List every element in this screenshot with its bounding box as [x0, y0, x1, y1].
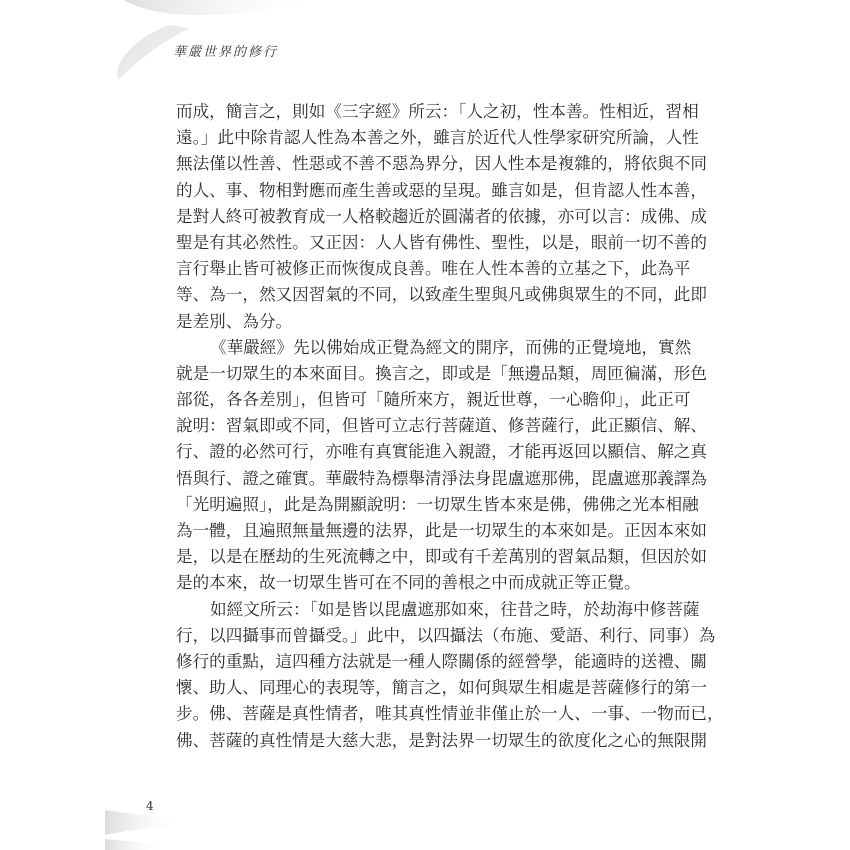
text-line: 部從，各各差別」，但皆可「隨所來方，親近世尊，一心瞻仰」，此正可	[176, 387, 684, 413]
text-line: 的人、事、物相對應而產生善或惡的呈現。雖言如是，但肯認人性本善，	[176, 178, 684, 204]
text-line: 「光明遍照」，此是為開顯說明：一切眾生皆本來是佛，佛佛之光本相融	[176, 492, 684, 518]
text-line: 懷、助人、同理心的表現等，簡言之，如何與眾生相處是菩薩修行的第一	[176, 675, 684, 701]
paragraph: 如經文所云：「如是皆以毘盧遮那如來，往昔之時，於劫海中修菩薩 行，以四攝事而曾攝…	[176, 597, 684, 754]
text-line: 為一體，且遍照無量無邊的法界，此是一切眾生的本來如是。正因本來如	[176, 518, 684, 544]
text-line: 遠。」此中除肯認人性為本善之外，雖言於近代人性學家研究所論，人性	[176, 125, 684, 151]
decorative-wave-icon	[105, 805, 185, 850]
text-line: 是差別、為分。	[176, 309, 684, 335]
text-line: 聖是有其必然性。又正因：人人皆有佛性、聖性，以是，眼前一切不善的	[176, 230, 684, 256]
text-line: 說明：習氣即或不同，但皆可立志行菩薩道、修菩薩行，此正顯信、解、	[176, 413, 684, 439]
text-line: 無法僅以性善、性惡或不善不惡為界分，因人性本是複雜的，將依與不同	[176, 151, 684, 177]
text-line: 《華嚴經》先以佛始成正覺為經文的開序，而佛的正覺境地，實然	[176, 335, 684, 361]
text-line: 是的本來，故一切眾生皆可在不同的善根之中而成就正等正覺。	[176, 570, 684, 596]
text-line: 是，以是在歷劫的生死流轉之中，即或有千差萬別的習氣品類，但因於如	[176, 544, 684, 570]
text-line: 步。佛、菩薩是真性情者，唯其真性情並非僅止於一人、一事、一物而已，	[176, 701, 684, 727]
text-line: 行、證的必然可行，亦唯有真實能進入親證，才能再返回以顯信、解之真	[176, 439, 684, 465]
running-header-title: 華嚴世界的修行	[173, 41, 278, 60]
text-line: 就是一切眾生的本來面目。換言之，即或是「無邊品類，周匝徧滿，形色	[176, 361, 684, 387]
text-line: 是對人終可被教育成一人格較趨近於圓滿者的依據，亦可以言：成佛、成	[176, 204, 684, 230]
paragraph: 而成，簡言之，則如《三字經》所云：「人之初，性本善。性相近，習相 遠。」此中除肯…	[176, 99, 684, 335]
text-line: 修行的重點，這四種方法就是一種人際關係的經營學，能適時的送禮、關	[176, 649, 684, 675]
book-page: 華嚴世界的修行 而成，簡言之，則如《三字經》所云：「人之初，性本善。性相近，習相…	[0, 0, 850, 850]
text-line: 而成，簡言之，則如《三字經》所云：「人之初，性本善。性相近，習相	[176, 99, 684, 125]
body-text: 而成，簡言之，則如《三字經》所云：「人之初，性本善。性相近，習相 遠。」此中除肯…	[176, 99, 684, 754]
text-line: 等、為一，然又因習氣的不同，以致產生聖與凡或佛與眾生的不同，此即	[176, 282, 684, 308]
text-line: 言行舉止皆可被修正而恢復成良善。唯在人性本善的立基之下，此為平	[176, 256, 684, 282]
text-line: 佛、菩薩的真性情是大慈大悲，是對法界一切眾生的欲度化之心的無限開	[176, 728, 684, 754]
text-line: 行，以四攝事而曾攝受。」此中，以四攝法（布施、愛語、利行、同事）為	[176, 623, 684, 649]
paragraph: 《華嚴經》先以佛始成正覺為經文的開序，而佛的正覺境地，實然 就是一切眾生的本來面…	[176, 335, 684, 597]
text-line: 悟與行、證之確實。華嚴特為標舉清淨法身毘盧遮那佛，毘盧遮那義譯為	[176, 466, 684, 492]
text-line: 如經文所云：「如是皆以毘盧遮那如來，往昔之時，於劫海中修菩薩	[176, 597, 684, 623]
